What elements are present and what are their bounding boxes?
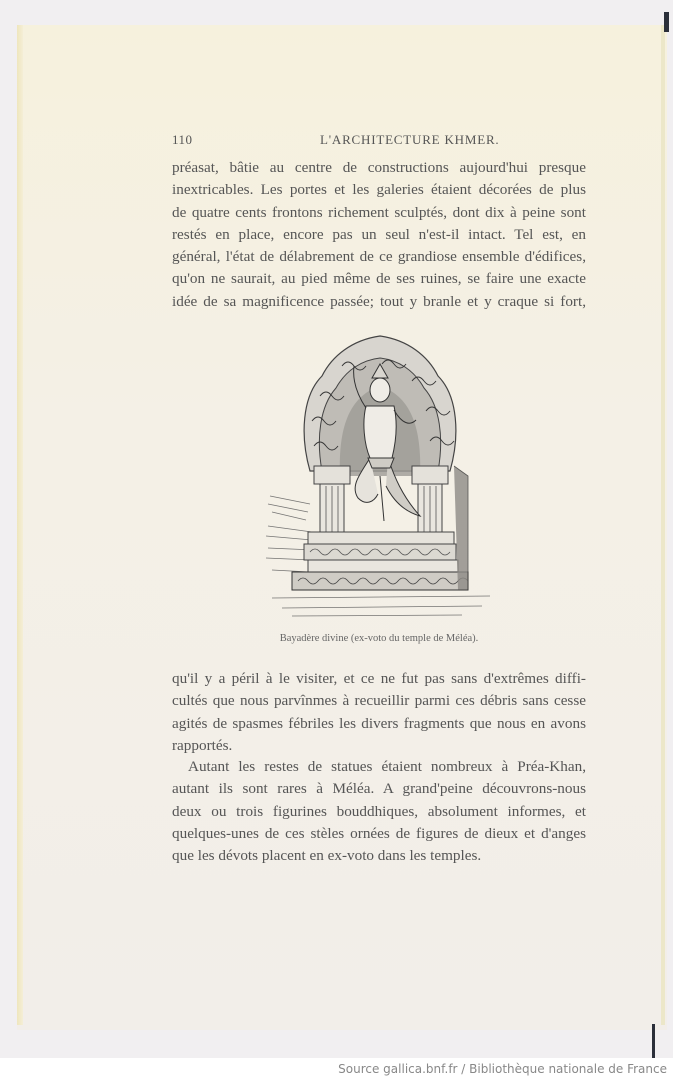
running-head: 110 L'ARCHITECTURE KHMER. — [172, 132, 582, 152]
text-line: que les dévots placent en ex-voto dans l… — [172, 845, 586, 867]
text-line: idée de sa magnificence passée; tout y b… — [172, 291, 586, 313]
engraving-bayadere-icon — [262, 326, 498, 622]
text-line: deux ou trois figurines bouddhiques, abs… — [172, 801, 586, 823]
figure-caption: Bayadère divine (ex-voto du temple de Mé… — [172, 633, 586, 644]
source-footer: Source gallica.bnf.fr / Bibliothèque nat… — [0, 1058, 673, 1080]
text-line: rapportés. — [172, 735, 586, 757]
text-line: inextricables. Les portes et les galerie… — [172, 179, 586, 201]
text-line: cultés que nous parvînmes à recueillir p… — [172, 690, 586, 712]
page-number: 110 — [172, 132, 193, 148]
paragraph-1: préasat, bâtie au centre de construction… — [172, 157, 586, 313]
text-line: autant ils sont rares à Méléa. A grand'p… — [172, 778, 586, 800]
text-line: général, l'état de délabrement de ce gra… — [172, 246, 586, 268]
running-head-title: L'ARCHITECTURE KHMER. — [320, 132, 499, 148]
page-edge-right — [661, 25, 665, 1025]
text-line: qu'il y a péril à le visiter, et ce ne f… — [172, 668, 586, 690]
text-line: Autant les restes de statues étaient nom… — [172, 756, 586, 778]
text-line: quelques-unes de ces stèles ornées de fi… — [172, 823, 586, 845]
page-marker-top — [664, 12, 669, 32]
paragraph-3: Autant les restes de statues étaient nom… — [172, 756, 586, 867]
text-line: agités de spasmes fébriles les divers fr… — [172, 713, 586, 735]
paragraph-2: qu'il y a péril à le visiter, et ce ne f… — [172, 668, 586, 757]
page-edge-left — [17, 25, 23, 1025]
text-line: de quatre cents frontons richement sculp… — [172, 202, 586, 224]
source-attribution: Source gallica.bnf.fr / Bibliothèque nat… — [338, 1062, 667, 1076]
page-marker-bottom — [652, 1024, 655, 1058]
text-line: préasat, bâtie au centre de construction… — [172, 157, 586, 179]
text-line: restés en place, encore pas un seul n'es… — [172, 224, 586, 246]
text-line: qu'on ne saurait, au pied même de ses ru… — [172, 268, 586, 290]
